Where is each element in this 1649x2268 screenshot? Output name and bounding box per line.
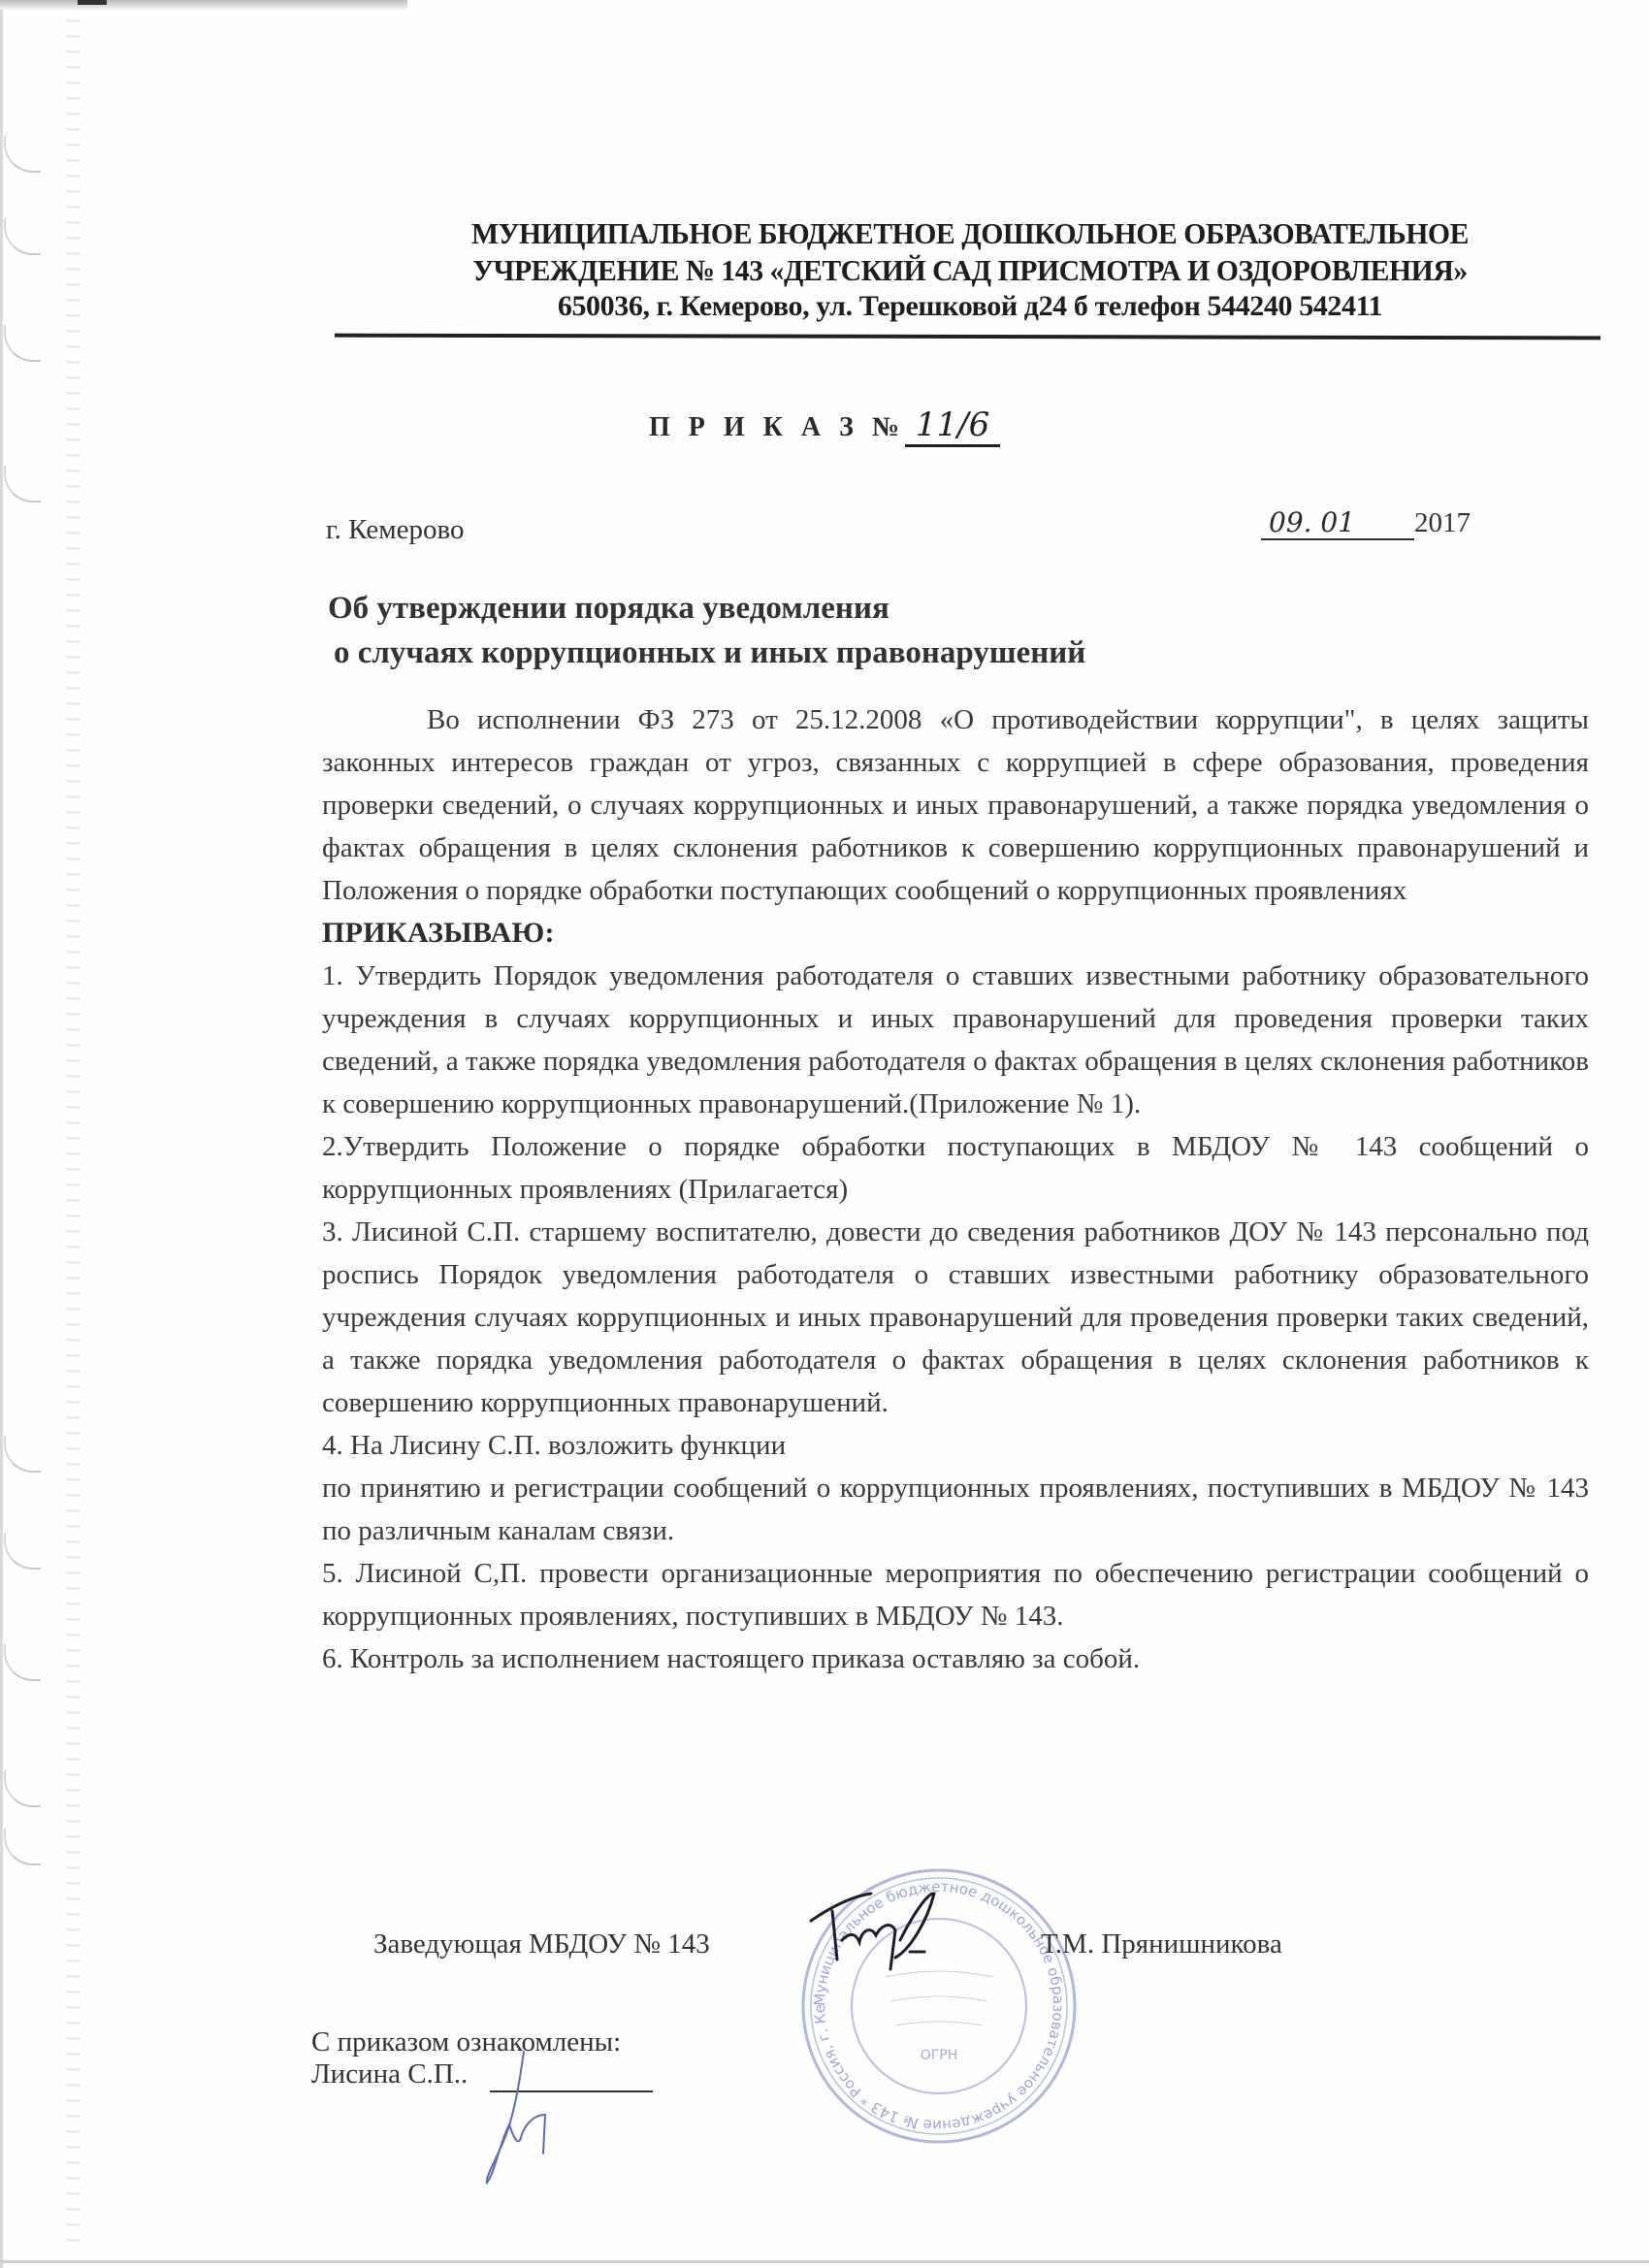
org-name-line-2: УЧРЕЖДЕНИЕ № 143 «ДЕТСКИЙ САД ПРИСМОТРА … — [355, 252, 1584, 289]
letterhead: МУНИЦИПАЛЬНОЕ БЮДЖЕТНОЕ ДОШКОЛЬНОЕ ОБРАЗ… — [330, 215, 1610, 324]
order-city: г. Кемерово — [326, 514, 464, 546]
decree-heading: ПРИКАЗЫВАЮ: — [322, 912, 1589, 955]
order-subject: Об утверждении порядка уведомления о слу… — [328, 586, 1085, 675]
scan-bottom-edge — [0, 2260, 1649, 2263]
acknowledgement-signature-icon — [475, 2047, 563, 2192]
order-title: П Р И К А З №11/6 — [0, 405, 1649, 447]
order-item-1: 1. Утвердить Порядок уведомления работод… — [322, 955, 1589, 1125]
stamp-inner-text: ОГРН — [921, 2048, 958, 2063]
order-date: 09. 012017 — [1261, 506, 1471, 540]
order-date-handwritten: 09. 01 — [1261, 506, 1414, 540]
acknowledgement-label: С приказом ознакомлены: — [311, 2025, 621, 2058]
order-item-4-continued: по принятию и регистрации сообщений о ко… — [322, 1467, 1589, 1552]
order-item-4: 4. На Лисину С.П. возложить функции — [322, 1424, 1589, 1467]
subject-line-1: Об утверждении порядка уведомления — [328, 586, 1085, 631]
subject-line-2: о случаях коррупционных и иных правонару… — [328, 631, 1085, 675]
director-signature-icon — [803, 1882, 949, 1979]
order-item-6: 6. Контроль за исполнением настоящего пр… — [322, 1637, 1589, 1680]
binder-hole-arc — [4, 136, 41, 173]
order-title-prefix: П Р И К А З № — [649, 412, 905, 442]
letterhead-divider — [335, 334, 1600, 340]
acknowledged-person-name: Лисина С.П.. — [311, 2058, 468, 2090]
order-preamble: Во исполнении ФЗ 273 от 25.12.2008 «О пр… — [322, 698, 1589, 912]
binder-hole-arc — [4, 1829, 41, 1865]
scan-top-shadow — [0, 0, 407, 10]
binder-hole-arc — [4, 1770, 41, 1807]
signatory-position: Заведующая МБДОУ № 143 — [373, 1928, 710, 1960]
signatory-name: Т.М. Прянишникова — [1041, 1928, 1282, 1960]
org-name-line-1: МУНИЦИПАЛЬНОЕ БЮДЖЕТНОЕ ДОШКОЛЬНОЕ ОБРАЗ… — [355, 215, 1584, 252]
binder-hole-arc — [4, 1644, 41, 1681]
order-item-3: 3. Лисиной С.П. старшему воспитателю, до… — [322, 1211, 1589, 1424]
binder-hole-arc — [4, 466, 41, 502]
scan-top-mark — [78, 0, 107, 5]
binder-hole-arc — [4, 1436, 41, 1473]
scan-left-edge — [0, 0, 3, 2268]
order-year: 2017 — [1414, 507, 1471, 538]
org-address: 650036, г. Кемерово, ул. Терешковой д24 … — [330, 289, 1610, 324]
binder-hole-arc — [4, 218, 41, 255]
binder-perforation — [66, 19, 80, 2251]
order-number-handwritten: 11/6 — [905, 405, 1000, 447]
binder-hole-arc — [4, 1533, 41, 1570]
order-body: Во исполнении ФЗ 273 от 25.12.2008 «О пр… — [322, 698, 1589, 1680]
scanned-document-page: МУНИЦИПАЛЬНОЕ БЮДЖЕТНОЕ ДОШКОЛЬНОЕ ОБРАЗ… — [0, 0, 1649, 2268]
binder-hole-arc — [4, 325, 41, 362]
order-item-5: 5. Лисиной С,П. провести организационные… — [322, 1552, 1589, 1637]
order-item-2: 2.Утвердить Положение о порядке обработк… — [322, 1125, 1589, 1211]
